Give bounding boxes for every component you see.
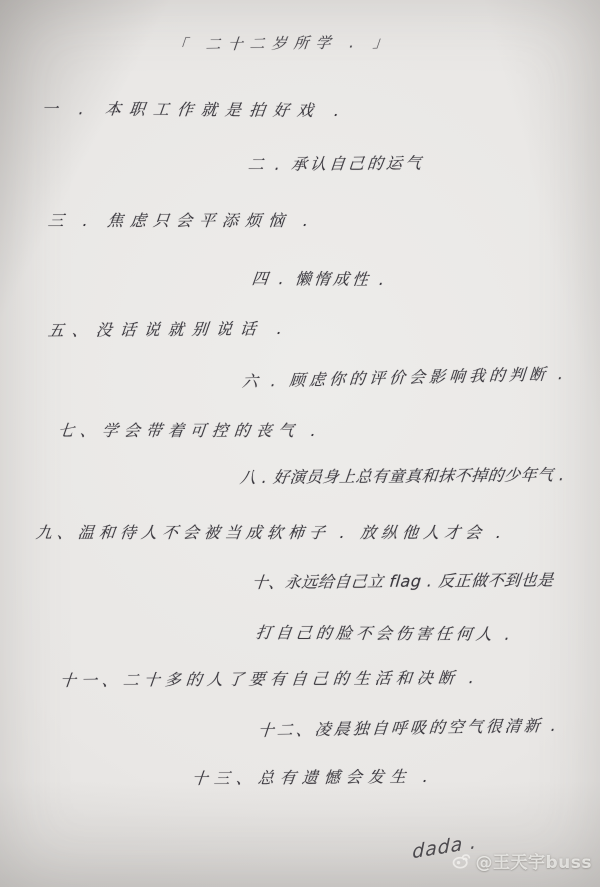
- watermark: @王天宇buss: [451, 848, 592, 873]
- note-title: 「 二十二岁所学 . 」: [171, 31, 396, 55]
- note-line-2: 二 . 承认自己的运气: [247, 150, 425, 175]
- note-line-4: 四 . 懒惰成性 .: [251, 266, 389, 290]
- note-line-9: 九、温和待人不会被当成软柿子 . 放纵他人才会 .: [35, 520, 508, 543]
- note-line-13: 十三、总有遗憾会发生 .: [191, 764, 435, 789]
- handwritten-note-photo: 「 二十二岁所学 . 」 一 . 本职工作就是拍好戏 . 二 . 承认自己的运气…: [0, 0, 600, 887]
- note-line-5: 五、没话说就别说话 .: [47, 316, 291, 341]
- note-line-10: 十、永远给自己立 flag . 反正做不到也是: [251, 567, 555, 593]
- note-line-3: 三 . 焦虑只会平添烦恼 .: [47, 208, 317, 231]
- weibo-logo-icon: [451, 851, 471, 871]
- note-line-7: 七、学会带着可控的丧气 .: [57, 418, 324, 441]
- note-line-10-continued: 打自己的脸不会伤害任何人 .: [255, 620, 516, 645]
- watermark-handle: @王天宇buss: [475, 848, 592, 873]
- note-line-1: 一 . 本职工作就是拍好戏 .: [41, 96, 349, 121]
- note-line-11: 十一、二十多的人了要有自己的生活和决断 .: [59, 665, 480, 691]
- note-line-6: 六 . 顾虑你的评价会影响我的判断 .: [241, 361, 568, 392]
- note-line-8: 八 . 好演员身上总有童真和抹不掉的少年气 .: [239, 462, 566, 488]
- note-line-12: 十二、凌晨独自呼吸的空气很清新 .: [257, 713, 560, 741]
